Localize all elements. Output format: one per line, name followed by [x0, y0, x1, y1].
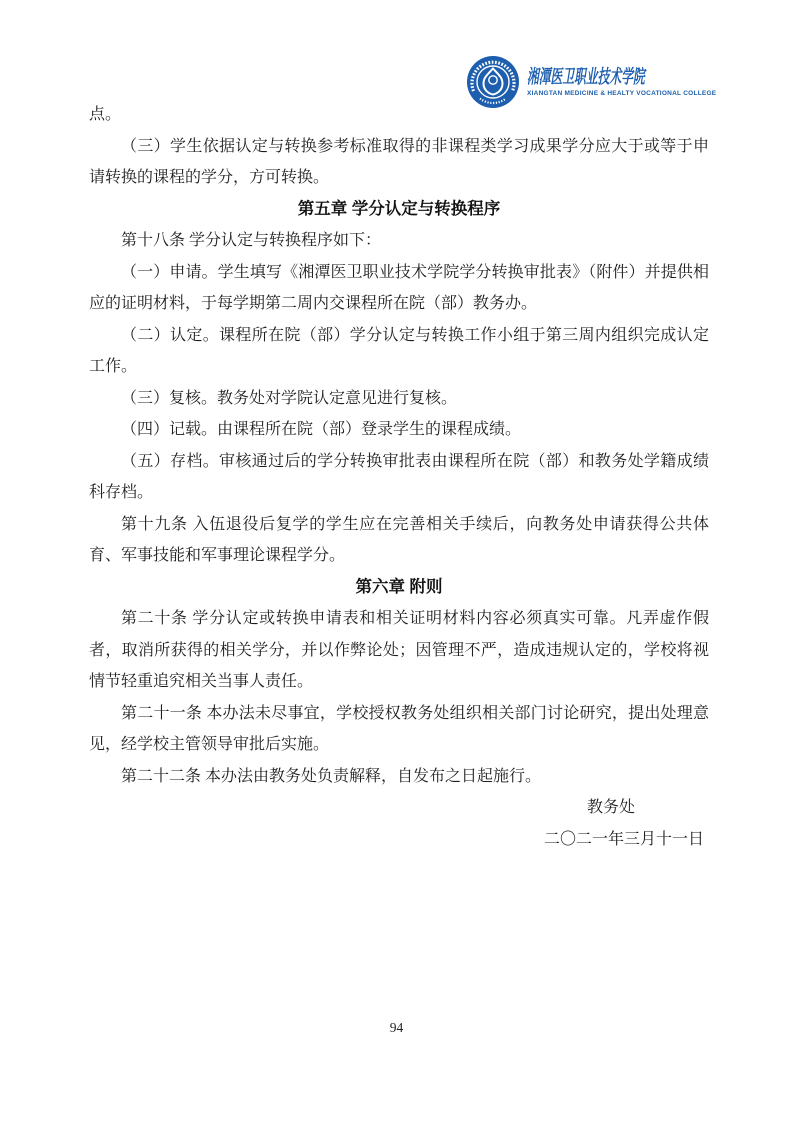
paragraph: （二）认定。课程所在院（部）学分认定与转换工作小组于第三周内组织完成认定工作。: [89, 320, 709, 383]
document-body: 点。 （三）学生依据认定与转换参考标准取得的非课程类学习成果学分应大于或等于申请…: [89, 99, 709, 855]
college-name-block: 湘潭医卫职业技术学院 XIANGTAN MEDICINE & HEALTY VO…: [527, 67, 717, 98]
signature-date: 二〇二一年三月十一日: [89, 824, 709, 856]
paragraph: 第二十一条 本办法未尽事宜，学校授权教务处组织相关部门讨论研究，提出处理意见，经…: [89, 698, 709, 761]
paragraph: （三）复核。教务处对学院认定意见进行复核。: [89, 383, 709, 415]
paragraph: （一）申请。学生填写《湘潭医卫职业技术学院学分转换审批表》（附件）并提供相应的证…: [89, 257, 709, 320]
paragraph: （四）记载。由课程所在院（部）登录学生的课程成绩。: [89, 414, 709, 446]
paragraph: 点。: [89, 99, 709, 131]
document-page: 湘潭医卫职业技术学院 XIANGTAN MEDICINE & HEALTY VO…: [0, 0, 793, 1122]
paragraph: 第二十条 学分认定或转换申请表和相关证明材料内容必须真实可靠。凡弄虚作假者，取消…: [89, 603, 709, 698]
chapter-heading: 第六章 附则: [89, 572, 709, 604]
college-name-zh: 湘潭医卫职业技术学院: [527, 67, 645, 89]
page-number: 94: [390, 1020, 404, 1035]
paragraph: （三）学生依据认定与转换参考标准取得的非课程类学习成果学分应大于或等于申请转换的…: [89, 131, 709, 194]
paragraph: 第二十二条 本办法由教务处负责解释，自发布之日起施行。: [89, 761, 709, 793]
paragraph: （五）存档。审核通过后的学分转换审批表由课程所在院（部）和教务处学籍成绩科存档。: [89, 446, 709, 509]
signature-department: 教务处: [89, 792, 709, 824]
paragraph: 第十九条 入伍退役后复学的学生应在完善相关手续后，向教务处申请获得公共体育、军事…: [89, 509, 709, 572]
college-name-en: XIANGTAN MEDICINE & HEALTY VOCATIONAL CO…: [527, 89, 717, 98]
chapter-heading: 第五章 学分认定与转换程序: [89, 194, 709, 226]
page-footer: 94: [0, 1020, 793, 1036]
paragraph: 第十八条 学分认定与转换程序如下：: [89, 225, 709, 257]
